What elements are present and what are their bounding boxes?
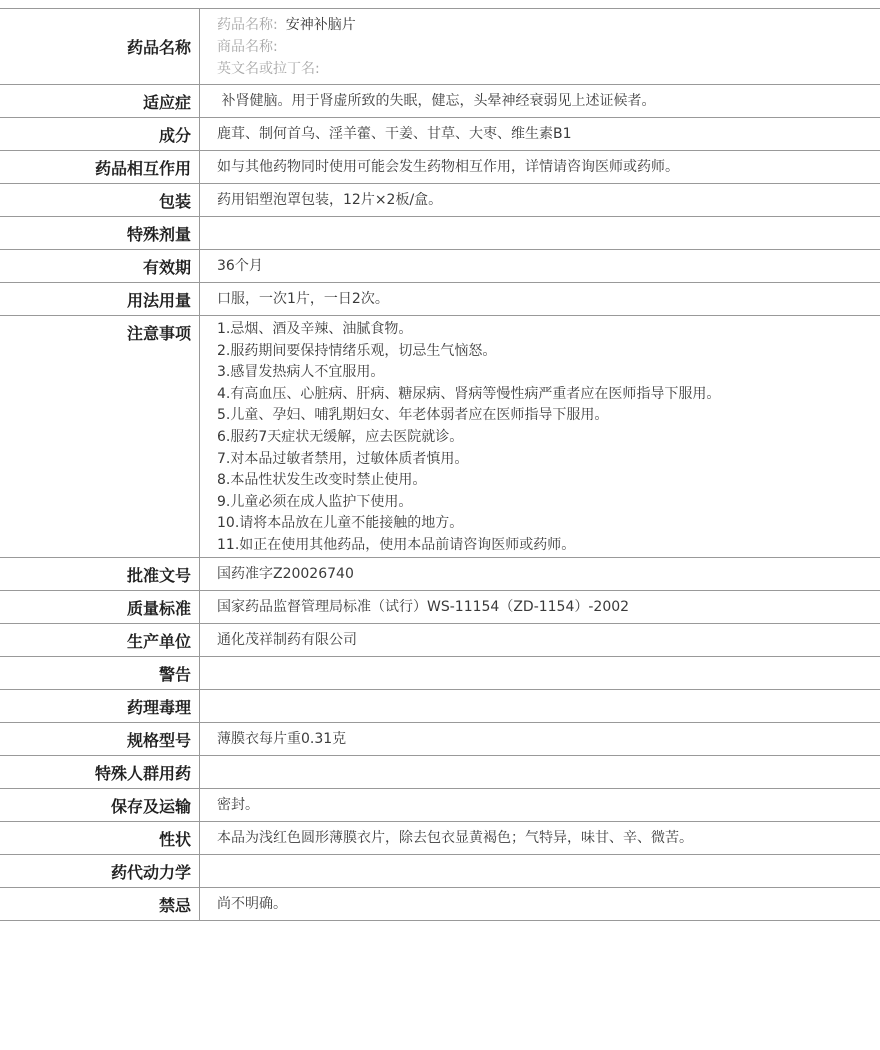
table-row-shelf-life: 有效期 36个月 bbox=[0, 250, 880, 283]
precaution-item: 3.感冒发热病人不宜服用。 bbox=[217, 362, 868, 384]
row-label: 注意事项 bbox=[0, 316, 200, 557]
drug-name-prefix: 药品名称: bbox=[217, 17, 278, 33]
name-line: 药品名称:安神补脑片 bbox=[217, 14, 356, 36]
row-label: 禁忌 bbox=[0, 888, 200, 920]
name-line: 英文名或拉丁名: bbox=[217, 58, 328, 80]
precaution-item: 6.服药7天症状无缓解，应去医院就诊。 bbox=[217, 427, 868, 449]
table-row-ingredients: 成分 鹿茸、制何首乌、淫羊藿、干姜、甘草、大枣、维生素B1 bbox=[0, 118, 880, 151]
row-value bbox=[200, 217, 880, 249]
row-value bbox=[200, 855, 880, 887]
row-value: 薄膜衣每片重0.31克 bbox=[200, 723, 880, 755]
precaution-item: 10.请将本品放在儿童不能接触的地方。 bbox=[217, 513, 868, 535]
row-label: 保存及运输 bbox=[0, 789, 200, 821]
row-value bbox=[200, 690, 880, 722]
row-label: 适应症 bbox=[0, 85, 200, 117]
row-value bbox=[200, 756, 880, 788]
row-value: 本品为浅红色圆形薄膜衣片，除去包衣显黄褐色；气特异，味甘、辛、微苦。 bbox=[200, 822, 880, 854]
table-row-pharmacology-toxicology: 药理毒理 bbox=[0, 690, 880, 723]
row-value: 密封。 bbox=[200, 789, 880, 821]
table-row-drug-name: 药品名称 药品名称:安神补脑片 商品名称: 英文名或拉丁名: bbox=[0, 9, 880, 85]
row-label: 包装 bbox=[0, 184, 200, 216]
row-label: 用法用量 bbox=[0, 283, 200, 315]
row-value: 国家药品监督管理局标准（试行）WS-11154（ZD-1154）-2002 bbox=[200, 591, 880, 623]
table-row-special-populations: 特殊人群用药 bbox=[0, 756, 880, 789]
precaution-item: 1.忌烟、酒及辛辣、油腻食物。 bbox=[217, 319, 868, 341]
drug-name-text: 安神补脑片 bbox=[286, 17, 356, 33]
drug-info-table: 药品名称 药品名称:安神补脑片 商品名称: 英文名或拉丁名: 适应症 补肾健脑。… bbox=[0, 8, 880, 921]
row-value: 国药准字Z20026740 bbox=[200, 558, 880, 590]
row-label: 特殊剂量 bbox=[0, 217, 200, 249]
row-value: 36个月 bbox=[200, 250, 880, 282]
table-row-approval-number: 批准文号 国药准字Z20026740 bbox=[0, 558, 880, 591]
precaution-item: 2.服药期间要保持情绪乐观，切忌生气恼怒。 bbox=[217, 341, 868, 363]
row-label: 性状 bbox=[0, 822, 200, 854]
row-value: 鹿茸、制何首乌、淫羊藿、干姜、甘草、大枣、维生素B1 bbox=[200, 118, 880, 150]
row-label: 批准文号 bbox=[0, 558, 200, 590]
row-value: 药用铝塑泡罩包装，12片×2板/盒。 bbox=[200, 184, 880, 216]
table-row-warning: 警告 bbox=[0, 657, 880, 690]
precaution-item: 4.有高血压、心脏病、肝病、糖尿病、肾病等慢性病严重者应在医师指导下服用。 bbox=[217, 384, 868, 406]
precaution-item: 8.本品性状发生改变时禁止使用。 bbox=[217, 470, 868, 492]
row-value: 1.忌烟、酒及辛辣、油腻食物。 2.服药期间要保持情绪乐观，切忌生气恼怒。 3.… bbox=[200, 316, 880, 557]
row-value bbox=[200, 657, 880, 689]
table-row-packaging: 包装 药用铝塑泡罩包装，12片×2板/盒。 bbox=[0, 184, 880, 217]
row-label: 警告 bbox=[0, 657, 200, 689]
precaution-item: 5.儿童、孕妇、哺乳期妇女、年老体弱者应在医师指导下服用。 bbox=[217, 405, 868, 427]
table-row-contraindications: 禁忌 尚不明确。 bbox=[0, 888, 880, 921]
table-row-pharmacokinetics: 药代动力学 bbox=[0, 855, 880, 888]
row-label: 成分 bbox=[0, 118, 200, 150]
table-row-drug-interactions: 药品相互作用 如与其他药物同时使用可能会发生药物相互作用，详情请咨询医师或药师。 bbox=[0, 151, 880, 184]
table-row-precautions: 注意事项 1.忌烟、酒及辛辣、油腻食物。 2.服药期间要保持情绪乐观，切忌生气恼… bbox=[0, 316, 880, 558]
table-row-manufacturer: 生产单位 通化茂祥制药有限公司 bbox=[0, 624, 880, 657]
trade-name-prefix: 商品名称: bbox=[217, 39, 278, 55]
precaution-item: 7.对本品过敏者禁用，过敏体质者慎用。 bbox=[217, 449, 868, 471]
row-label: 生产单位 bbox=[0, 624, 200, 656]
english-name-prefix: 英文名或拉丁名: bbox=[217, 61, 320, 77]
row-label: 药代动力学 bbox=[0, 855, 200, 887]
table-row-specification: 规格型号 薄膜衣每片重0.31克 bbox=[0, 723, 880, 756]
row-value: 药品名称:安神补脑片 商品名称: 英文名或拉丁名: bbox=[200, 9, 880, 84]
row-label: 药品相互作用 bbox=[0, 151, 200, 183]
table-row-special-dosage: 特殊剂量 bbox=[0, 217, 880, 250]
row-value: 如与其他药物同时使用可能会发生药物相互作用，详情请咨询医师或药师。 bbox=[200, 151, 880, 183]
row-label: 药品名称 bbox=[0, 9, 200, 84]
row-value: 尚不明确。 bbox=[200, 888, 880, 920]
row-label: 特殊人群用药 bbox=[0, 756, 200, 788]
table-row-quality-standard: 质量标准 国家药品监督管理局标准（试行）WS-11154（ZD-1154）-20… bbox=[0, 591, 880, 624]
name-line: 商品名称: bbox=[217, 36, 286, 58]
precaution-item: 11.如正在使用其他药品，使用本品前请咨询医师或药师。 bbox=[217, 535, 868, 557]
row-label: 药理毒理 bbox=[0, 690, 200, 722]
precaution-item: 9.儿童必须在成人监护下使用。 bbox=[217, 492, 868, 514]
row-label: 规格型号 bbox=[0, 723, 200, 755]
row-value: 补肾健脑。用于肾虚所致的失眠，健忘，头晕神经衰弱见上述证候者。 bbox=[200, 85, 880, 117]
table-row-indications: 适应症 补肾健脑。用于肾虚所致的失眠，健忘，头晕神经衰弱见上述证候者。 bbox=[0, 85, 880, 118]
table-row-description: 性状 本品为浅红色圆形薄膜衣片，除去包衣显黄褐色；气特异，味甘、辛、微苦。 bbox=[0, 822, 880, 855]
row-value: 通化茂祥制药有限公司 bbox=[200, 624, 880, 656]
row-label: 有效期 bbox=[0, 250, 200, 282]
table-row-dosage-usage: 用法用量 口服，一次1片，一日2次。 bbox=[0, 283, 880, 316]
row-label: 质量标准 bbox=[0, 591, 200, 623]
row-value: 口服，一次1片，一日2次。 bbox=[200, 283, 880, 315]
table-row-storage-transport: 保存及运输 密封。 bbox=[0, 789, 880, 822]
